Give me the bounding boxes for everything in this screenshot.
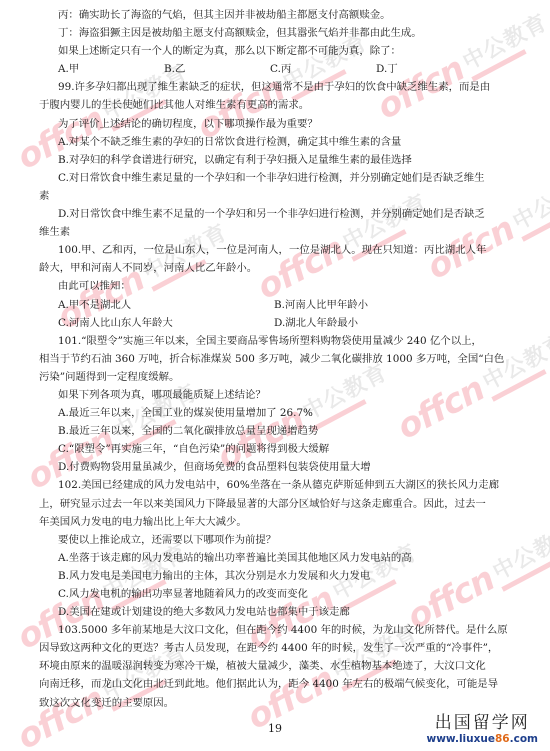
q101-stem-cont: 相当于节约石油 360 万吨，折合标准煤炭 500 多万吨，减少二氧化碳排放 1…	[39, 350, 494, 368]
q103-stem: 103.5000 多年前某地是大汶口文化，但在距今约 4400 年的时候，为龙山…	[39, 621, 494, 639]
brand-url[interactable]: www.liuxue86.com	[427, 733, 538, 745]
q100-option-b: B.河南人比甲年龄小	[274, 296, 490, 314]
q100-option-d: D.湖北人年龄最小	[274, 314, 490, 332]
q99-option-d: D.对日常饮食中维生素不足量的一个孕妇和另一个非孕妇进行检测，并分别确定她们是否…	[39, 205, 494, 223]
brand-title: 出国留学网	[427, 714, 538, 733]
q101-question: 如果下列各项为真，哪项最能质疑上述结论？	[39, 386, 494, 404]
q100-options-row1: A.甲不是湖北人 B.河南人比甲年龄小	[39, 296, 494, 314]
q101-option-c: C.“限塑令”再实施三年，“自色污染”的问题将得到极大缓解	[39, 440, 494, 458]
q99-option-c: C.对日常饮食中维生素足量的一个孕妇和一个非孕妇进行检测，并分别确定她们是否缺乏…	[39, 169, 494, 187]
q100-option-c: C.河南人比山东人年龄大	[58, 314, 274, 332]
q100-question: 由此可以推知：	[39, 277, 494, 295]
q101-option-d: D.付费购物袋用量虽减少，但商场免费的食品塑料包装袋使用量大增	[39, 458, 494, 476]
q100-options-row2: C.河南人比山东人年龄大 D.湖北人年龄最小	[39, 314, 494, 332]
statement-bing: 丙：确实助长了海盗的气焰，但其主因并非被劫船主都愿支付高额赎金。	[39, 6, 494, 24]
q98-question: 如果上述断定只有一个人的断定为真，那么以下断定都不可能为真，除了：	[39, 42, 494, 60]
q102-option-b: B.风力发电是美国电力输出的主体，其次分别是水力发展和火力发电	[39, 567, 494, 585]
q102-option-c: C.风力发电机的输出功率显著地随着风力的改变而变化	[39, 585, 494, 603]
q99-option-c-cont: 素	[39, 187, 494, 205]
q99-question: 为了评价上述结论的确切程度，以下哪项操作最为重要？	[39, 115, 494, 133]
q98-option-d: D.丁	[376, 60, 482, 78]
q103-stem-cont: 因导致这两种文化的更迭？考古人员发现，在距今约 4400 年的时候，发生了一次严…	[39, 639, 494, 657]
q100-option-a: A.甲不是湖北人	[58, 296, 274, 314]
q101-stem: 101.“限塑令”实施三年以来，全国主要商品零售场所塑料购物袋使用量减少 240…	[39, 332, 494, 350]
q101-option-a: A.最近三年以来，全国工业的煤炭使用量增加了 26.7%	[39, 404, 494, 422]
q102-stem-cont2: 年美国风力发电的电力输出比上年大大减少。	[39, 513, 494, 531]
statement-ding: 丁：海盗猖獗主因是被劫船主愿支付高额赎金，但其嚣张气焰并非都由此生成。	[39, 24, 494, 42]
q102-question: 要使以上推论成立，还需要以下哪项作为前提？	[39, 531, 494, 549]
document-page: offcn中公教育 offcn中公教育 offcn中公教育 offcn中公教育 …	[0, 0, 550, 751]
q99-option-b: B.对孕妇的科学食谱进行研究，以确定有利于孕妇摄入足量维生素的最佳选择	[39, 151, 494, 169]
exam-text: 丙：确实助长了海盗的气焰，但其主因并非被劫船主都愿支付高额赎金。 丁：海盗猖獗主…	[39, 6, 494, 712]
brand-url-accent: 86	[495, 733, 510, 745]
q102-option-d: D.美国在建或计划建设的绝大多数风力发电站也都集中于该走廊	[39, 603, 494, 621]
q98-option-b: B.乙	[164, 60, 270, 78]
q102-option-a: A.坐落于该走廊的风力发电站的输出功率普遍比美国其他地区风力发电站的高	[39, 549, 494, 567]
q100-stem: 100.甲、乙和丙，一位是山东人，一位是河南人，一位是湖北人。现在只知道：丙比湖…	[39, 241, 494, 259]
q99-option-a: A.对某个不缺乏维生素的孕妇的日常饮食进行检测，确定其中维生素的含量	[39, 133, 494, 151]
brand-url-suffix: .com	[510, 733, 538, 745]
q102-stem: 102.美国已经建成的风力发电站中，60%坐落在一条从德克萨斯延伸到五大湖区的狭…	[39, 476, 494, 494]
q99-stem: 99.许多孕妇都出现了维生素缺乏的症状，但这通常不是由于孕妇的饮食中缺乏维生素，…	[39, 78, 494, 96]
q102-stem-cont: 上，研究显示过去一年以来美国风力下降最显著的大部分区域恰好与这条走廊重合。因此，…	[39, 495, 494, 513]
q101-option-b: B.最近三年以来，全国的二氧化碳排放总量呈现递增趋势	[39, 422, 494, 440]
q103-stem-cont4: 致这次文化变迁的主要原因。	[39, 694, 494, 712]
brand-url-prefix: www.liuxue	[427, 733, 495, 745]
liuxue86-brand[interactable]: 出国留学网 www.liuxue86.com	[427, 714, 538, 745]
q99-stem-cont: 于腹内婴儿的生长使她们比其他人对维生素有更高的需求。	[39, 96, 494, 114]
q99-option-d-cont: 维生素	[39, 223, 494, 241]
q100-stem-cont: 龄大，甲和河南人不同岁，河南人比乙年龄小。	[39, 259, 494, 277]
q101-stem-cont2: 污染”问题得到一定程度缓解。	[39, 368, 494, 386]
q98-option-a: A.甲	[58, 60, 164, 78]
q98-option-c: C.丙	[270, 60, 376, 78]
q98-options: A.甲 B.乙 C.丙 D.丁	[39, 60, 494, 78]
q103-stem-cont2: 环境由原来的温暖湿润转变为寒冷干燥，植被大量减少，藻类、水生植物基本绝迹了，大汶…	[39, 657, 494, 675]
q103-stem-cont3: 向南迁移，而龙山文化由北迁到此地。他们据此认为，距今 4400 年左右的极端气候…	[39, 675, 494, 693]
